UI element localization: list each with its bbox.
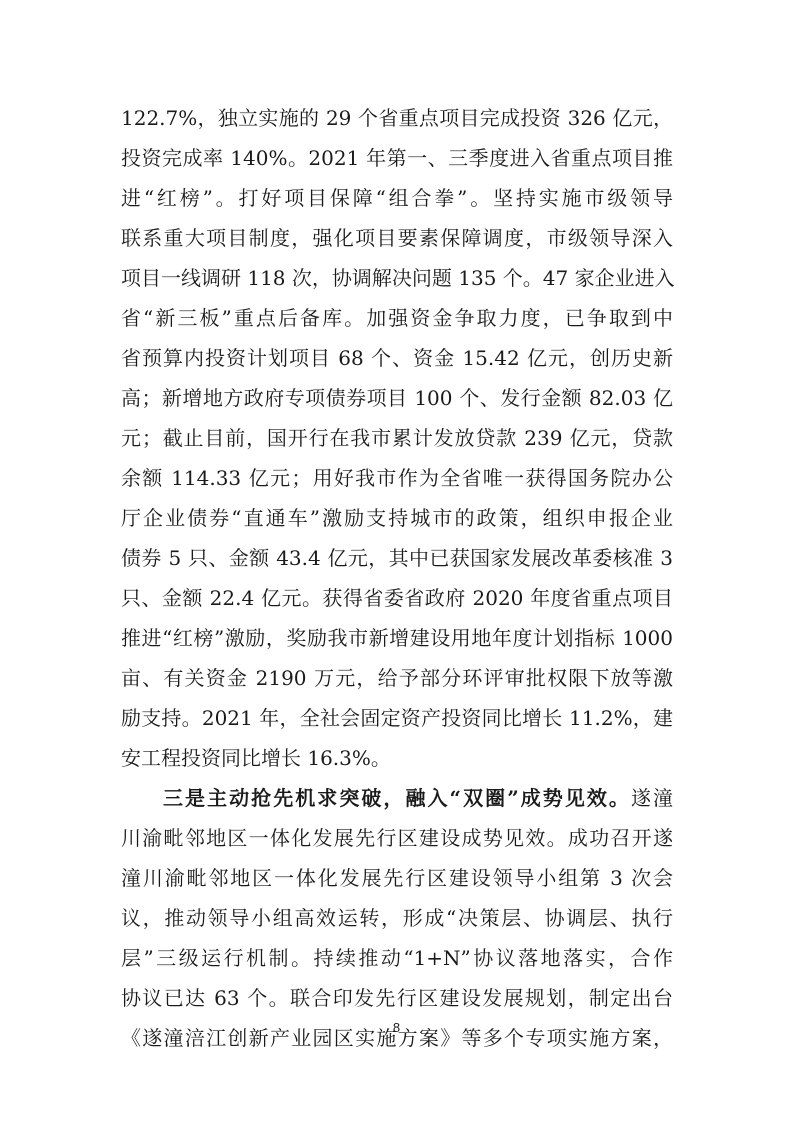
text-line: 省预算内投资计划项目 68 个、资金 15.42 亿元，创历史新 xyxy=(121,338,673,378)
text-line: 联系重大项目制度，强化项目要素保障调度，市级领导深入 xyxy=(121,218,673,258)
page-number: 8 xyxy=(0,1020,793,1035)
text-line: 潼川渝毗邻地区一体化发展先行区建设领导小组第 3 次会 xyxy=(121,858,673,898)
text-line: 亩、有关资金 2190 万元，给予部分环评审批权限下放等激 xyxy=(121,658,673,698)
text-line: 省“新三板”重点后备库。加强资金争取力度，已争取到中 xyxy=(121,298,673,338)
text-line: 122.7%，独立实施的 29 个省重点项目完成投资 326 亿元， xyxy=(121,98,673,138)
text-fragment: 遂潼 xyxy=(631,786,673,810)
text-line: 议，推动领导小组高效运转，形成“决策层、协调层、执行 xyxy=(121,898,673,938)
section-heading-line: 三是主动抢先机求突破，融入“双圈”成势见效。遂潼 xyxy=(121,778,673,818)
text-line: 高；新增地方政府专项债券项目 100 个、发行金额 82.03 亿 xyxy=(121,378,673,418)
text-line: 厅企业债券“直通车”激励支持城市的政策，组织申报企业 xyxy=(121,498,673,538)
text-line: 推进“红榜”激励，奖励我市新增建设用地年度计划指标 1000 xyxy=(121,618,673,658)
text-line: 只、金额 22.4 亿元。获得省委省政府 2020 年度省重点项目 xyxy=(121,578,673,618)
text-line: 励支持。2021 年，全社会固定资产投资同比增长 11.2%，建 xyxy=(121,698,673,738)
document-page: 122.7%，独立实施的 29 个省重点项目完成投资 326 亿元， 投资完成率… xyxy=(0,0,793,1122)
text-line: 余额 114.33 亿元；用好我市作为全省唯一获得国务院办公 xyxy=(121,458,673,498)
text-line: 债券 5 只、金额 43.4 亿元，其中已获国家发展改革委核准 3 xyxy=(121,538,673,578)
text-line: 投资完成率 140%。2021 年第一、三季度进入省重点项目推 xyxy=(121,138,673,178)
text-line: 协议已达 63 个。联合印发先行区建设发展规划，制定出台 xyxy=(121,978,673,1018)
body-text: 122.7%，独立实施的 29 个省重点项目完成投资 326 亿元， 投资完成率… xyxy=(121,98,673,1058)
text-line: 川渝毗邻地区一体化发展先行区建设成势见效。成功召开遂 xyxy=(121,818,673,858)
text-line: 项目一线调研 118 次，协调解决问题 135 个。47 家企业进入 xyxy=(121,258,673,298)
text-line: 安工程投资同比增长 16.3%。 xyxy=(121,738,673,778)
text-line: 层”三级运行机制。持续推动“1+N”协议落地落实，合作 xyxy=(121,938,673,978)
text-line: 进“红榜”。打好项目保障“组合拳”。坚持实施市级领导 xyxy=(121,178,673,218)
section-heading: 三是主动抢先机求突破，融入“双圈”成势见效。 xyxy=(163,786,631,810)
text-line: 元；截止目前，国开行在我市累计发放贷款 239 亿元，贷款 xyxy=(121,418,673,458)
